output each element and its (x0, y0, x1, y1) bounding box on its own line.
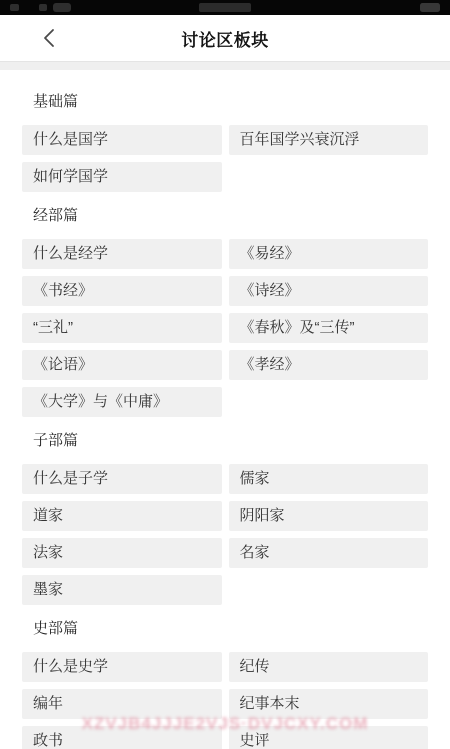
section-title: 史部篇 (33, 618, 450, 639)
board-item[interactable]: 什么是子学 (22, 464, 222, 494)
board-item[interactable]: 道家 (22, 501, 222, 531)
board-item[interactable]: 什么是经学 (22, 239, 222, 269)
board-item[interactable]: 纪传 (229, 652, 429, 682)
status-right-icons (420, 3, 440, 12)
header-divider-band (0, 61, 450, 70)
board-section: 史部篇什么是史学纪传编年纪事本末政书史评 (0, 618, 450, 749)
section-title: 经部篇 (33, 205, 450, 226)
board-section: 基础篇什么是国学百年国学兴衰沉浮如何学国学 (0, 91, 450, 192)
section-grid: 什么是国学百年国学兴衰沉浮如何学国学 (0, 125, 450, 192)
board-section: 子部篇什么是子学儒家道家阴阳家法家名家墨家 (0, 430, 450, 605)
status-bar (0, 0, 450, 15)
status-icon (53, 3, 71, 12)
status-icon (10, 4, 19, 11)
board-item[interactable]: 政书 (22, 726, 222, 749)
board-item[interactable]: 《孝经》 (229, 350, 429, 380)
header: 讨论区板块 (0, 15, 450, 61)
section-grid: 什么是史学纪传编年纪事本末政书史评 (0, 652, 450, 749)
section-title: 子部篇 (33, 430, 450, 451)
board-item[interactable]: 《易经》 (229, 239, 429, 269)
board-item[interactable]: 法家 (22, 538, 222, 568)
page-title: 讨论区板块 (181, 26, 269, 51)
board-section: 经部篇什么是经学《易经》《书经》《诗经》“三礼”《春秋》及“三传”《论语》《孝经… (0, 205, 450, 417)
board-item[interactable]: 墨家 (22, 575, 222, 605)
section-title: 基础篇 (33, 91, 450, 112)
board-item[interactable]: 纪事本末 (229, 689, 429, 719)
board-item[interactable]: 史评 (229, 726, 429, 749)
board-item[interactable]: 什么是国学 (22, 125, 222, 155)
section-grid: 什么是子学儒家道家阴阳家法家名家墨家 (0, 464, 450, 605)
section-grid: 什么是经学《易经》《书经》《诗经》“三礼”《春秋》及“三传”《论语》《孝经》《大… (0, 239, 450, 417)
battery-icon (420, 3, 440, 12)
board-item[interactable]: “三礼” (22, 313, 222, 343)
board-item[interactable]: 《论语》 (22, 350, 222, 380)
board-item[interactable]: 如何学国学 (22, 162, 222, 192)
status-icon (39, 4, 47, 11)
board-item[interactable]: 《大学》与《中庸》 (22, 387, 222, 417)
board-item[interactable]: 《春秋》及“三传” (229, 313, 429, 343)
board-item[interactable]: 儒家 (229, 464, 429, 494)
board-item[interactable]: 名家 (229, 538, 429, 568)
board-item[interactable]: 《诗经》 (229, 276, 429, 306)
carrier-block (199, 3, 251, 12)
board-item[interactable]: 百年国学兴衰沉浮 (229, 125, 429, 155)
board-item[interactable]: 编年 (22, 689, 222, 719)
board-item[interactable]: 《书经》 (22, 276, 222, 306)
status-left-icons (10, 3, 71, 12)
chevron-left-icon (42, 28, 55, 48)
back-button[interactable] (30, 15, 66, 61)
sections: 基础篇什么是国学百年国学兴衰沉浮如何学国学经部篇什么是经学《易经》《书经》《诗经… (0, 70, 450, 749)
board-item[interactable]: 阴阳家 (229, 501, 429, 531)
board-item[interactable]: 什么是史学 (22, 652, 222, 682)
